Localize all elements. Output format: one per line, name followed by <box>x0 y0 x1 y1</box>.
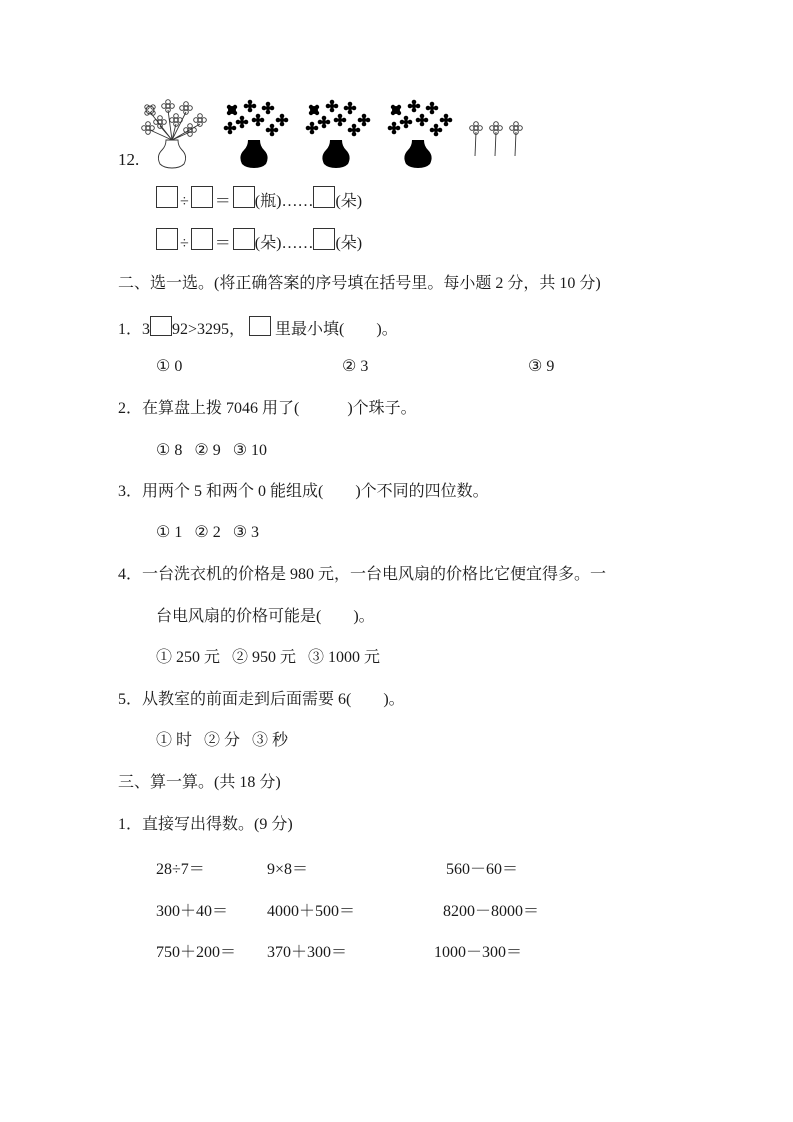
answer-box[interactable] <box>156 186 178 208</box>
option-3[interactable]: ③ 3 <box>233 523 259 543</box>
equals-sign: ＝ <box>215 234 231 254</box>
question-text: 3 <box>142 321 150 338</box>
question-12-equation-1: ÷＝(瓶)……(朵) <box>156 186 362 212</box>
answer-box[interactable] <box>191 228 213 250</box>
calc-item: 300＋40＝ <box>156 898 228 921</box>
option-2[interactable]: ② 2 <box>194 523 220 543</box>
question-text: 92>3295， <box>172 321 245 338</box>
option-3[interactable]: ③ 9 <box>528 357 554 377</box>
unit-label: (朵) <box>335 193 362 210</box>
calc-item: 370＋300＝ <box>267 939 347 962</box>
calc-item: 28÷7＝ <box>156 856 205 879</box>
option-1[interactable]: ① 8 <box>156 441 182 461</box>
question-number: 1． <box>118 321 142 338</box>
flower-vase-icon <box>302 98 374 170</box>
section-3-subquestion-1-title: 1．直接写出得数。(9 分) <box>118 815 293 835</box>
remainder-dots: …… <box>281 235 313 252</box>
option-3[interactable]: ③ 10 <box>233 441 267 461</box>
section-2-title: 二、选一选。(将正确答案的序号填在括号里。每小题 2 分，共 10 分) <box>118 274 601 294</box>
option-3[interactable]: ③ 1000 元 <box>308 648 380 668</box>
section-2-question-1: 1．392>3295， 里最小填( )。 <box>118 316 398 340</box>
answer-box[interactable] <box>233 186 255 208</box>
option-1[interactable]: ① 时 <box>156 731 192 751</box>
answer-box[interactable] <box>313 186 335 208</box>
divide-sign: ÷ <box>180 234 189 254</box>
answer-box[interactable] <box>156 228 178 250</box>
calc-item: 1000－300＝ <box>434 939 522 962</box>
flower-vase-icon <box>138 98 210 170</box>
option-2[interactable]: ② 3 <box>342 357 368 377</box>
question-number: 2． <box>118 400 142 417</box>
option-1[interactable]: ① 0 <box>156 357 182 377</box>
option-1[interactable]: ① 250 元 <box>156 648 220 668</box>
section-2-question-5-options: ① 时 ② 分 ③ 秒 <box>156 731 288 751</box>
question-text: 从教室的前面走到后面需要 6( )。 <box>142 691 405 708</box>
digit-box <box>249 316 271 336</box>
question-text: 在算盘上拨 7046 用了( )个珠子。 <box>142 400 417 417</box>
answer-box[interactable] <box>191 186 213 208</box>
section-2-question-2: 2．在算盘上拨 7046 用了( )个珠子。 <box>118 399 417 419</box>
section-2-question-4-continued: 台电风扇的价格可能是( )。 <box>156 607 375 627</box>
unit-label: (瓶) <box>255 193 282 210</box>
flower-vase-icon <box>220 98 292 170</box>
digit-box[interactable] <box>150 316 172 336</box>
section-2-question-4: 4．一台洗衣机的价格是 980 元，一台电风扇的价格比它便宜得多。一 <box>118 565 606 585</box>
question-text: 里最小填( )。 <box>271 321 398 338</box>
section-2-question-2-options: ① 8 ② 9 ③ 10 <box>156 441 267 461</box>
remainder-dots: …… <box>281 193 313 210</box>
flower-vase-icon <box>384 98 456 170</box>
calc-item: 560－60＝ <box>446 856 518 879</box>
divide-sign: ÷ <box>180 192 189 212</box>
section-3-title: 三、算一算。(共 18 分) <box>118 773 281 793</box>
section-2-question-3-options: ① 1 ② 2 ③ 3 <box>156 523 259 543</box>
calc-item: 8200－8000＝ <box>443 898 539 921</box>
answer-box[interactable] <box>233 228 255 250</box>
question-text: 一台洗衣机的价格是 980 元，一台电风扇的价格比它便宜得多。一 <box>142 566 606 583</box>
single-flower-icon <box>468 120 532 160</box>
question-text: 用两个 5 和两个 0 能组成( )个不同的四位数。 <box>142 483 489 500</box>
calc-item: 750＋200＝ <box>156 939 236 962</box>
question-number: 3． <box>118 483 142 500</box>
question-number: 5． <box>118 691 142 708</box>
option-2[interactable]: ② 950 元 <box>232 648 296 668</box>
question-12-equation-2: ÷＝(朵)……(朵) <box>156 228 362 254</box>
question-number: 4． <box>118 566 142 583</box>
section-2-question-3: 3．用两个 5 和两个 0 能组成( )个不同的四位数。 <box>118 482 489 502</box>
section-2-question-4-options: ① 250 元 ② 950 元 ③ 1000 元 <box>156 648 380 668</box>
equals-sign: ＝ <box>215 192 231 212</box>
option-1[interactable]: ① 1 <box>156 523 182 543</box>
unit-label: (朵) <box>255 235 282 252</box>
answer-box[interactable] <box>313 228 335 250</box>
unit-label: (朵) <box>335 235 362 252</box>
option-2[interactable]: ② 分 <box>204 731 240 751</box>
calc-item: 4000＋500＝ <box>267 898 355 921</box>
question-12-number: 12. <box>118 150 139 170</box>
section-2-question-5: 5．从教室的前面走到后面需要 6( )。 <box>118 690 405 710</box>
option-3[interactable]: ③ 秒 <box>252 731 288 751</box>
option-2[interactable]: ② 9 <box>194 441 220 461</box>
calc-item: 9×8＝ <box>267 856 308 879</box>
